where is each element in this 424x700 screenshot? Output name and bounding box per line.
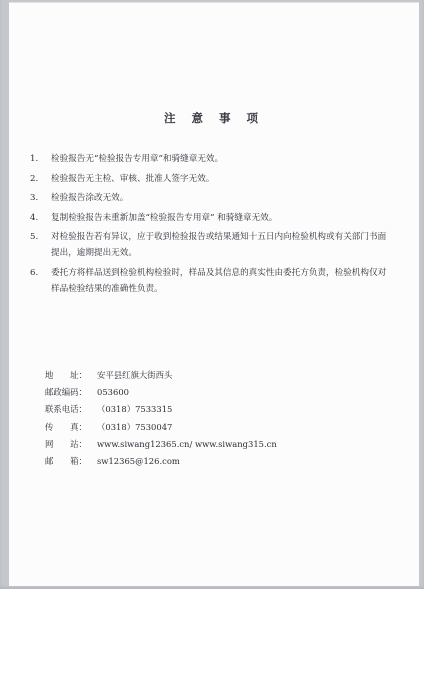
postcode-value: 053600 — [97, 387, 129, 397]
notice-text: 检验报告无主检、审核、批准人签字无效。 — [51, 174, 214, 184]
notice-item: 3. 检验报告涂改无效。 — [30, 190, 390, 206]
notice-item: 4. 复制检验报告未重新加盖“检验报告专用章” 和骑缝章无效。 — [30, 210, 390, 226]
notice-text: 检验报告无“检验报告专用章”和骑缝章无效。 — [51, 154, 223, 164]
email-label: 邮 箱： — [45, 453, 97, 470]
phone-label: 联系电话： — [45, 401, 97, 418]
address-label: 地 址： — [45, 367, 97, 384]
postcode-label: 邮政编码： — [45, 384, 97, 401]
address-value: 安平县红旗大街西头 — [97, 370, 172, 380]
contact-email: 邮 箱：sw12365@126.com — [45, 453, 277, 470]
contact-info: 地 址：安平县红旗大街西头 邮政编码：053600 联系电话：（0318）753… — [45, 367, 277, 470]
notice-number: 2. — [30, 171, 38, 187]
notice-item: 2. 检验报告无主检、审核、批准人签字无效。 — [30, 171, 390, 187]
fax-label: 传 真： — [45, 419, 97, 436]
notice-text: 对检验报告若有异议，应于收到检验报告或结果通知十五日内向检验机构或有关部门书面提… — [51, 232, 386, 258]
notice-item: 5. 对检验报告若有异议，应于收到检验报告或结果通知十五日内向检验机构或有关部门… — [30, 229, 390, 261]
notice-text: 检验报告涂改无效。 — [51, 193, 128, 203]
notice-number: 6. — [30, 265, 38, 281]
contact-postcode: 邮政编码：053600 — [45, 384, 277, 401]
website-value: www.siwang12365.cn/ www.siwang315.cn — [97, 439, 277, 449]
notice-number: 3. — [30, 190, 38, 206]
email-value: sw12365@126.com — [97, 456, 180, 466]
notice-number: 5. — [30, 229, 38, 245]
contact-address: 地 址：安平县红旗大街西头 — [45, 367, 277, 384]
fax-value: （0318）7530047 — [97, 422, 172, 432]
document-page: 注 意 事 项 1. 检验报告无“检验报告专用章”和骑缝章无效。 2. 检验报告… — [9, 2, 419, 586]
document-title: 注 意 事 项 — [9, 110, 419, 126]
notice-item: 6. 委托方将样品送到检验机构检验时，样品及其信息的真实性由委托方负责，检验机构… — [30, 265, 390, 297]
notice-list: 1. 检验报告无“检验报告专用章”和骑缝章无效。 2. 检验报告无主检、审核、批… — [30, 151, 390, 300]
notice-number: 1. — [30, 151, 38, 167]
contact-fax: 传 真：（0318）7530047 — [45, 419, 277, 436]
contact-phone: 联系电话：（0318）7533315 — [45, 401, 277, 418]
scan-frame: 注 意 事 项 1. 检验报告无“检验报告专用章”和骑缝章无效。 2. 检验报告… — [0, 0, 424, 589]
notice-item: 1. 检验报告无“检验报告专用章”和骑缝章无效。 — [30, 151, 390, 167]
phone-value: （0318）7533315 — [97, 404, 172, 414]
contact-website: 网 站：www.siwang12365.cn/ www.siwang315.cn — [45, 436, 277, 453]
notice-number: 4. — [30, 210, 38, 226]
notice-text: 复制检验报告未重新加盖“检验报告专用章” 和骑缝章无效。 — [51, 213, 277, 223]
website-label: 网 站： — [45, 436, 97, 453]
notice-text: 委托方将样品送到检验机构检验时，样品及其信息的真实性由委托方负责，检验机构仅对样… — [51, 268, 386, 294]
